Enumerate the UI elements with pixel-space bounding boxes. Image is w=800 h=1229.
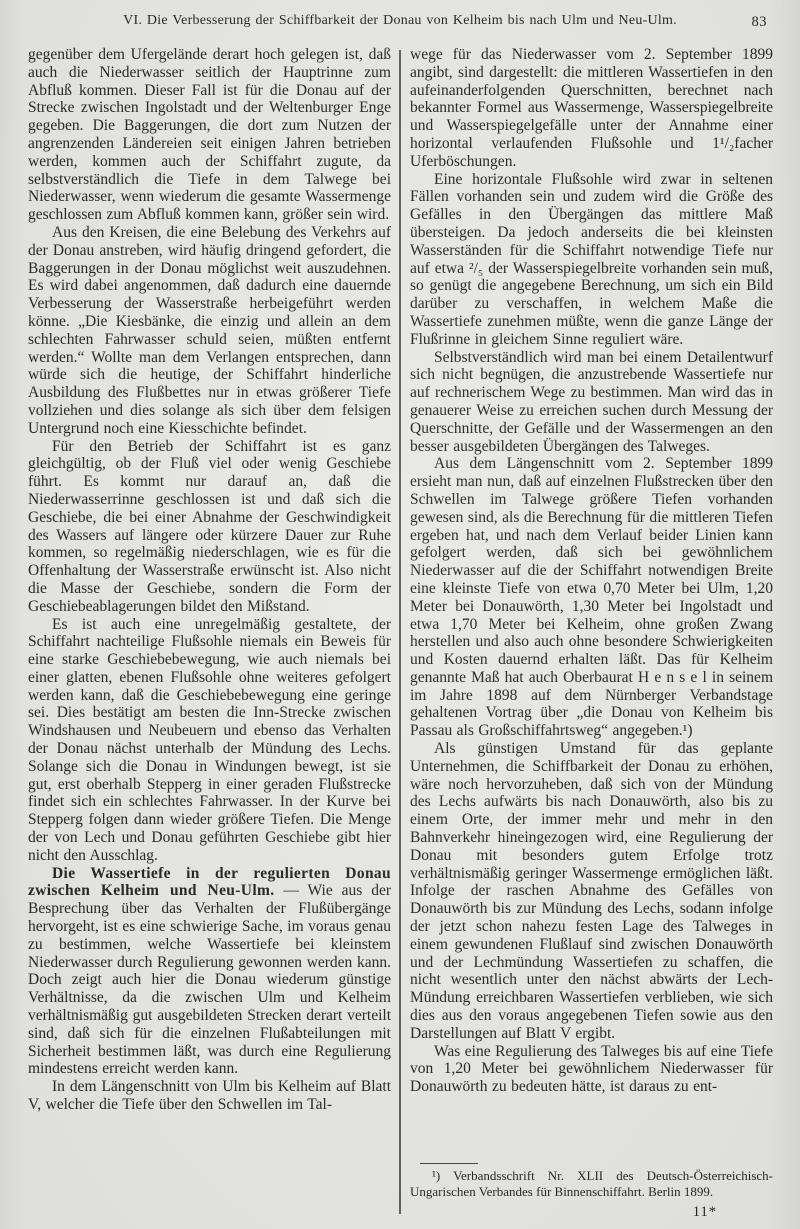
book-page: VI. Die Verbesserung der Schiffbarkeit d… bbox=[0, 0, 800, 1229]
right-column: wege für das Niederwasser vom 2. Septemb… bbox=[410, 46, 773, 1096]
paragraph-continuation: wege für das Niederwasser vom 2. Septemb… bbox=[410, 46, 773, 171]
paragraph: Aus den Kreisen, die eine Belebung des V… bbox=[28, 224, 391, 438]
paragraph: Es ist auch eine unregelmäßig gestaltete… bbox=[28, 616, 391, 865]
printer-signature-mark: 11* bbox=[410, 1204, 773, 1221]
footnote-text: ¹) Verbandsschrift Nr. XLII des Deutsch-… bbox=[410, 1168, 773, 1201]
paragraph-continuation: gegenüber dem Ufergelände derart hoch ge… bbox=[28, 46, 391, 224]
paragraph: Aus dem Längenschnitt vom 2. September 1… bbox=[410, 455, 773, 740]
footnote-separator-rule bbox=[420, 1163, 478, 1164]
section-paragraph: Die Wassertiefe in der regulierten Donau… bbox=[28, 865, 391, 1079]
paragraph: Für den Betrieb der Schiffahrt ist es ga… bbox=[28, 438, 391, 616]
footnote-area: ¹) Verbandsschrift Nr. XLII des Deutsch-… bbox=[410, 1163, 773, 1221]
running-title: VI. Die Verbesserung der Schiffbarkeit d… bbox=[0, 13, 800, 29]
paragraph: Selbstverständlich wird man bei einem De… bbox=[410, 349, 773, 456]
paragraph: Eine horizontale Flußsohle wird zwar in … bbox=[410, 171, 773, 349]
paragraph: Als günstigen Umstand für das geplante U… bbox=[410, 740, 773, 1043]
section-lead-text: — Wie aus der Besprechung über das Verha… bbox=[28, 882, 391, 1077]
column-divider-rule bbox=[399, 50, 401, 1214]
paragraph: Was eine Regulierung des Talweges bis au… bbox=[410, 1043, 773, 1096]
paragraph: In dem Längenschnitt von Ulm bis Kelheim… bbox=[28, 1078, 391, 1114]
page-number: 83 bbox=[752, 14, 768, 31]
page-header: VI. Die Verbesserung der Schiffbarkeit d… bbox=[0, 13, 800, 35]
left-column: gegenüber dem Ufergelände derart hoch ge… bbox=[28, 46, 391, 1114]
